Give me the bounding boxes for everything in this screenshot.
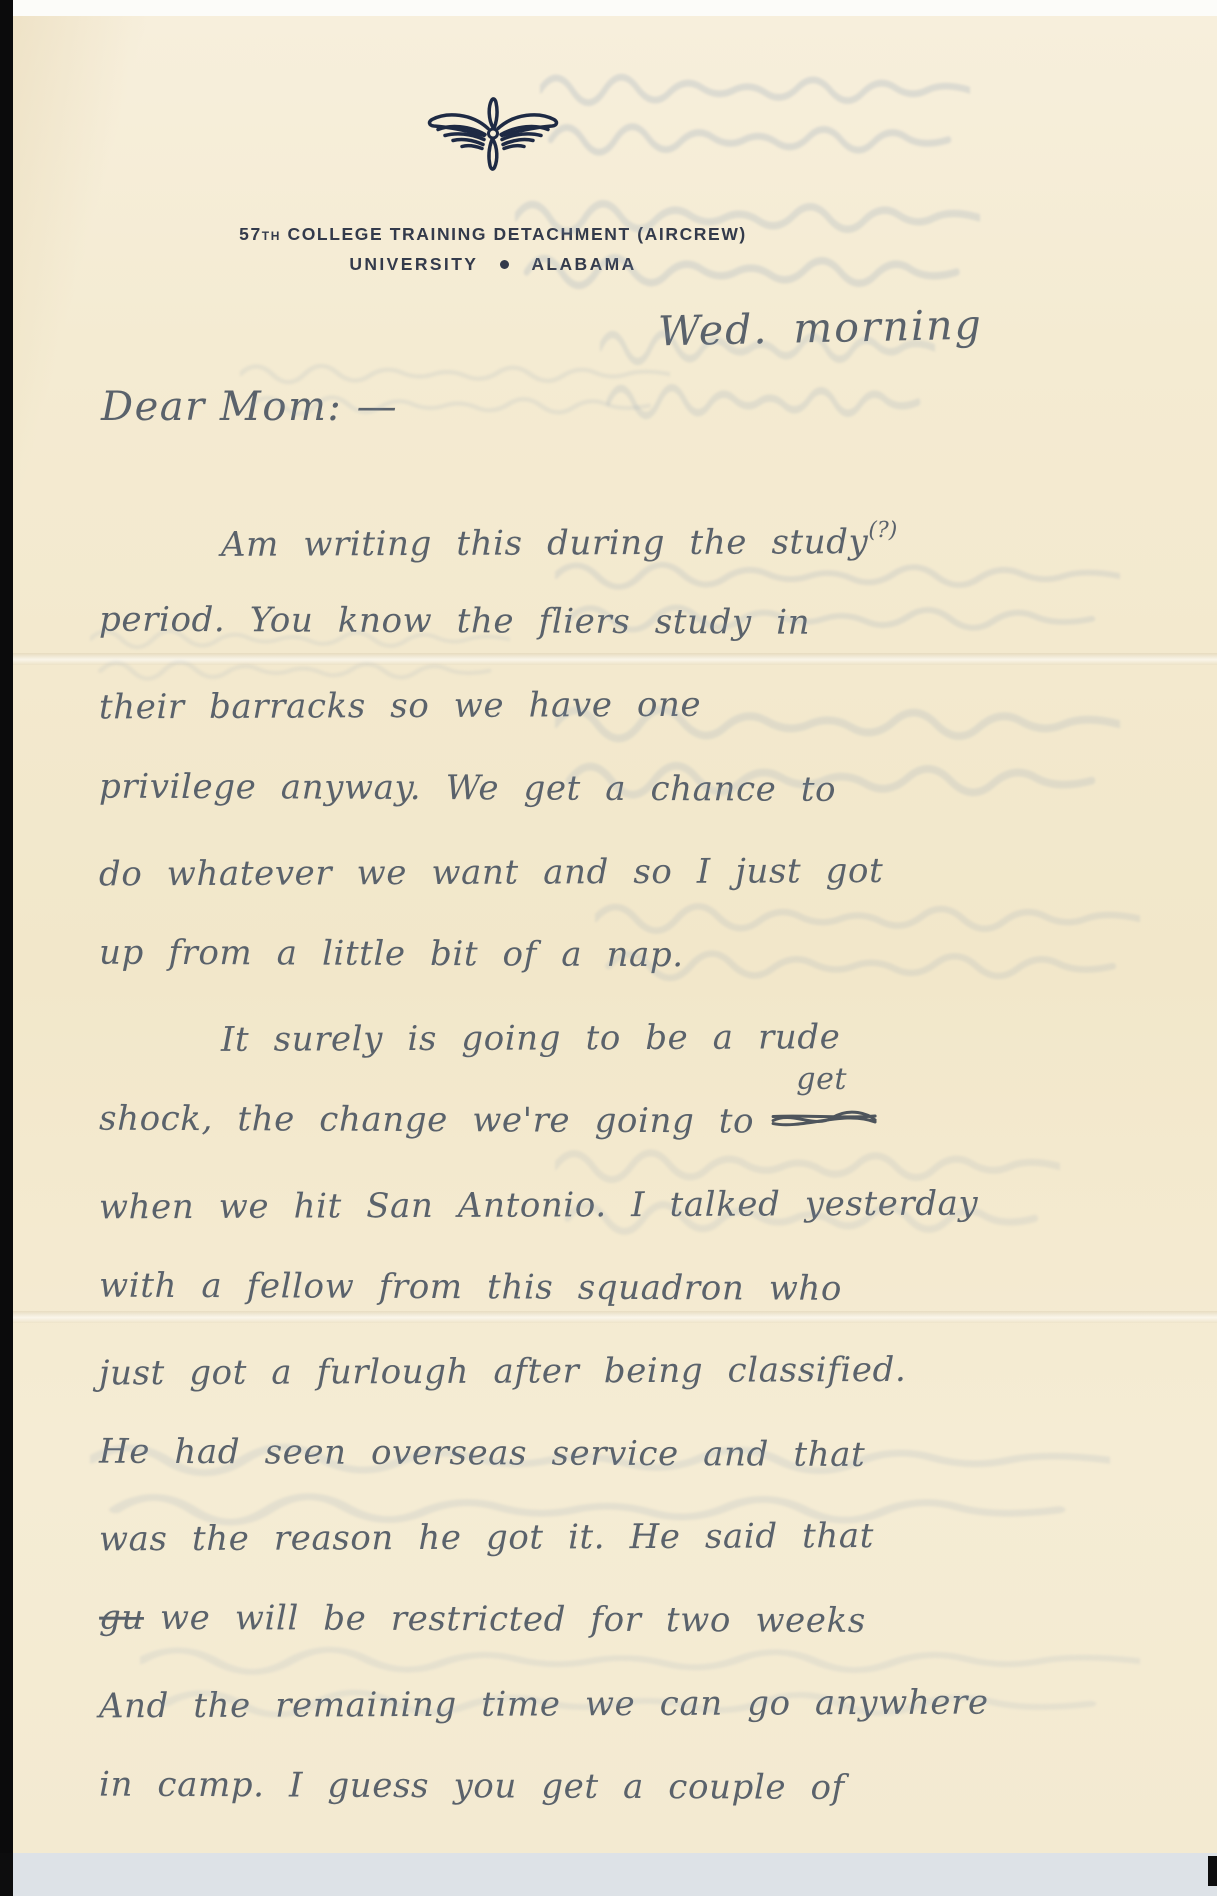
letter-line-3: their barracks so we have one xyxy=(99,683,1195,771)
letterhead: 57TH COLLEGE TRAINING DETACHMENT (AIRCRE… xyxy=(73,96,913,275)
letter-line-4: privilege anyway. We get a chance to xyxy=(99,766,1195,854)
letter-line-1: Am writing this during the study(?) xyxy=(99,517,1195,605)
letter-line-5: do whatever we want and so I just got xyxy=(99,849,1195,937)
line-text: in camp. I guess you get a couple of xyxy=(99,1764,845,1807)
letterhead-location-line: UNIVERSITYALABAMA xyxy=(73,254,913,275)
body-lines: Am writing this during the study(?)perio… xyxy=(99,519,1195,1850)
dateline: Wed. morning xyxy=(658,301,984,356)
line-text: just got a furlough after being classifi… xyxy=(99,1350,907,1394)
letter-line-13: was the reason he got it. He said that xyxy=(99,1515,1195,1603)
line-text: He had seen overseas service and that xyxy=(99,1432,865,1475)
line-text: their barracks so we have one xyxy=(99,685,701,728)
winged-propeller-icon xyxy=(418,96,568,196)
scan-edge-top xyxy=(13,0,1217,16)
letter-paper: 57TH COLLEGE TRAINING DETACHMENT (AIRCRE… xyxy=(13,16,1217,1853)
inserted-word-above: get xyxy=(796,1062,847,1097)
scanned-letter: 57TH COLLEGE TRAINING DETACHMENT (AIRCRE… xyxy=(0,0,1217,1896)
letter-line-15: And the remaining time we can go anywher… xyxy=(99,1681,1195,1769)
letter-line-2: period. You know the fliers study in xyxy=(99,600,1195,688)
line-text: with a fellow from this squadron who xyxy=(99,1265,842,1308)
line-text: up from a little bit of a nap. xyxy=(99,933,684,976)
letter-line-9: when we hit San Antonio. I talked yester… xyxy=(99,1182,1195,1270)
line-text: we will be restricted for two weeks xyxy=(160,1598,866,1641)
interlinear-question-mark: (?) xyxy=(868,518,897,543)
letter-line-8: shock, the change we're going toget xyxy=(99,1099,1195,1187)
scribble-strokes xyxy=(770,1103,878,1133)
line-text: Am writing this during the study xyxy=(221,522,869,565)
letter-line-12: He had seen overseas service and that xyxy=(99,1432,1195,1520)
letterhead-dot-icon xyxy=(500,260,509,269)
letter-line-14: guwe will be restricted for two weeks xyxy=(99,1598,1195,1686)
line-text: shock, the change we're going to xyxy=(99,1099,754,1142)
line-text: privilege anyway. We get a chance to xyxy=(99,766,836,809)
letter-line-6: up from a little bit of a nap. xyxy=(99,933,1195,1021)
line-text: when we hit San Antonio. I talked yester… xyxy=(99,1183,979,1227)
scratched-out-word: get xyxy=(770,1102,878,1142)
scan-edge-left xyxy=(0,0,13,1896)
line-text: It surely is going to be a rude xyxy=(221,1017,841,1060)
line-text: And the remaining time we can go anywher… xyxy=(99,1682,989,1726)
letterhead-unit-line: 57TH COLLEGE TRAINING DETACHMENT (AIRCRE… xyxy=(73,224,913,245)
letter-line-7: It surely is going to be a rude xyxy=(99,1016,1195,1104)
scan-edge-bottom xyxy=(13,1853,1217,1896)
struck-word: gu xyxy=(99,1598,144,1638)
scan-corner-mark xyxy=(0,1853,13,1896)
scan-corner-mark xyxy=(1208,1856,1217,1886)
letter-line-16: in camp. I guess you get a couple of xyxy=(99,1764,1195,1852)
line-text: was the reason he got it. He said that xyxy=(99,1516,874,1559)
line-text: period. You know the fliers study in xyxy=(99,600,810,643)
line-text: do whatever we want and so I just got xyxy=(99,851,884,894)
letter-line-10: with a fellow from this squadron who xyxy=(99,1265,1195,1353)
letter-line-11: just got a furlough after being classifi… xyxy=(99,1348,1195,1436)
salutation: Dear Mom: — xyxy=(101,384,398,430)
